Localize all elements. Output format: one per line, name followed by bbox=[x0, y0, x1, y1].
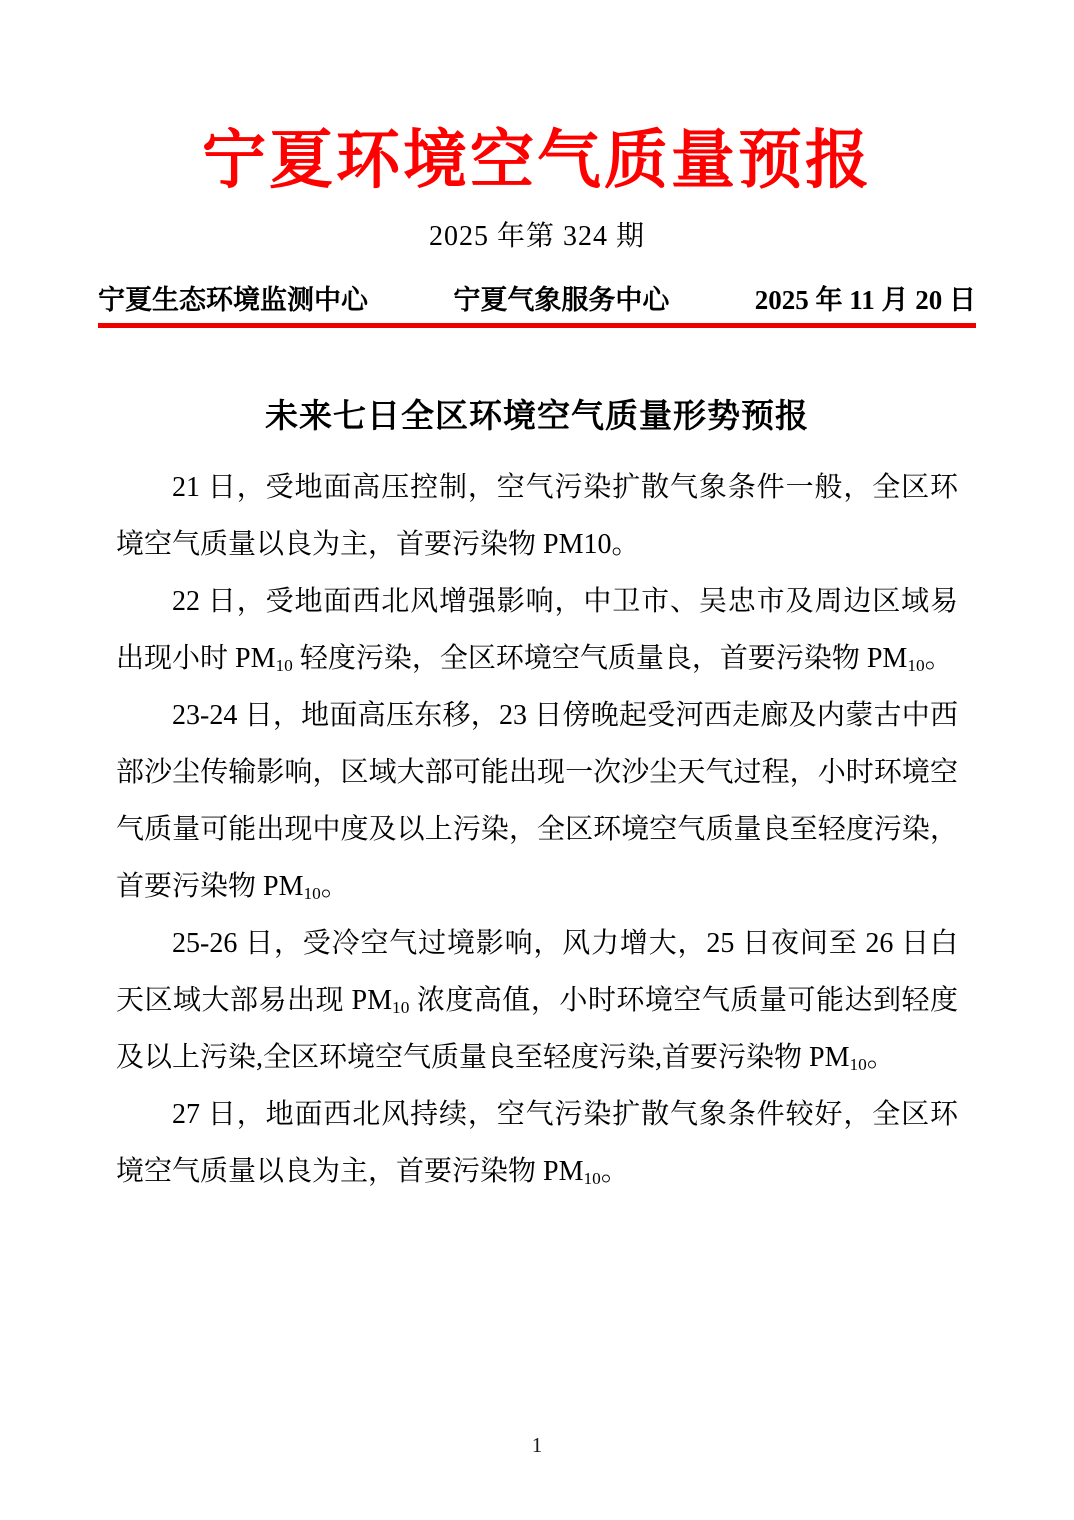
pm-subscript: 10 bbox=[303, 884, 320, 903]
pm-subscript: 10 bbox=[849, 1055, 866, 1074]
document-page: 宁夏环境空气质量预报 2025 年第 324 期 宁夏生态环境监测中心 宁夏气象… bbox=[0, 0, 1074, 1520]
pm-subscript: 10 bbox=[275, 656, 292, 675]
page-number: 1 bbox=[0, 1433, 1074, 1458]
document-header: 宁夏环境空气质量预报 2025 年第 324 期 宁夏生态环境监测中心 宁夏气象… bbox=[0, 0, 1074, 328]
paragraph: 25-26 日，受冷空气过境影响，风力增大，25 日夜间至 26 日白天区域大部… bbox=[116, 915, 958, 1086]
paragraph: 23-24 日，地面高压东移，23 日傍晚起受河西走廊及内蒙古中西部沙尘传输影响… bbox=[116, 687, 958, 915]
paragraph: 21 日，受地面高压控制，空气污染扩散气象条件一般，全区环境空气质量以良为主，首… bbox=[116, 459, 958, 573]
document-title: 宁夏环境空气质量预报 bbox=[0, 126, 1074, 196]
pm-subscript: 10 bbox=[907, 656, 924, 675]
paragraph: 27 日，地面西北风持续，空气污染扩散气象条件较好，全区环境空气质量以良为主，首… bbox=[116, 1086, 958, 1200]
red-divider-rule bbox=[98, 323, 976, 328]
paragraph: 22 日，受地面西北风增强影响，中卫市、吴忠市及周边区域易出现小时 PM10 轻… bbox=[116, 573, 958, 687]
issue-date: 2025 年 11 月 20 日 bbox=[755, 284, 976, 316]
document-body: 未来七日全区环境空气质量形势预报 21 日，受地面高压控制，空气污染扩散气象条件… bbox=[116, 390, 958, 1200]
pm-subscript: 10 bbox=[583, 1169, 600, 1188]
section-title: 未来七日全区环境空气质量形势预报 bbox=[116, 390, 958, 437]
issue-number: 2025 年第 324 期 bbox=[0, 220, 1074, 254]
organization-row: 宁夏生态环境监测中心 宁夏气象服务中心 2025 年 11 月 20 日 bbox=[98, 284, 976, 316]
organization-right: 宁夏气象服务中心 bbox=[453, 284, 669, 316]
organization-left: 宁夏生态环境监测中心 bbox=[98, 284, 368, 316]
body-paragraphs: 21 日，受地面高压控制，空气污染扩散气象条件一般，全区环境空气质量以良为主，首… bbox=[116, 459, 958, 1200]
pm-subscript: 10 bbox=[392, 998, 409, 1017]
